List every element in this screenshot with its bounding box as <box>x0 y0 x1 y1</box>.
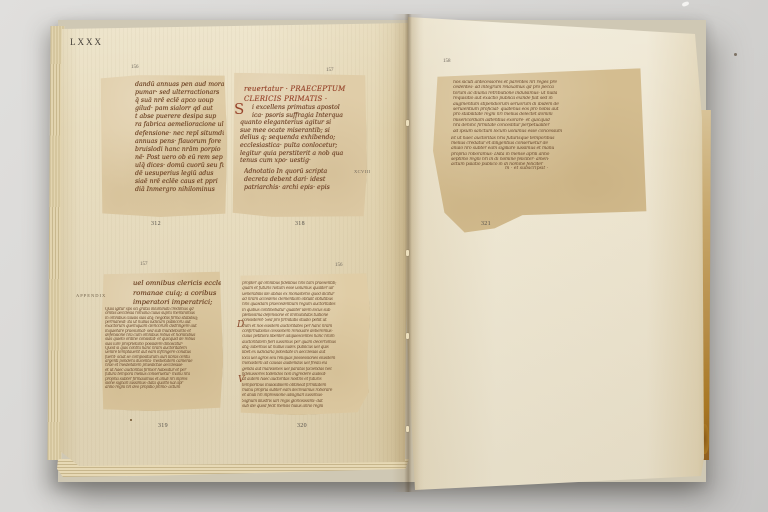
manuscript-line: dandū annuas pen aud mora <box>135 81 224 89</box>
manuscript-text-312: dandū annuas pen aud morapumar· sed ulte… <box>135 81 224 194</box>
plate-number-320: 320 <box>297 423 307 429</box>
manuscript-display-lines-319: uel omnibus clericis ecclesieromanae cui… <box>133 279 221 308</box>
manuscript-line: patriarchis· archi epis· epis <box>244 184 362 192</box>
manuscript-line: legitur quia perstiterit a nob qua <box>240 150 364 158</box>
manuscript-line: dē uesuperius legiū adus <box>135 170 224 178</box>
manuscript-line: pumar· sed ulterractionars <box>135 89 224 97</box>
manuscript-text-321-para2: Et ut haec auctoritas nris futurisque te… <box>451 136 634 167</box>
manuscript-line: i excellens primatus apostol <box>240 104 364 112</box>
manuscript-line: bruislodi hanc nrām porpio <box>135 146 224 154</box>
sewing-thread-mark <box>406 426 409 432</box>
manuscript-line: q̄ suā nrē eclē apco uoup <box>135 97 224 105</box>
folio-number-above-318: 157 <box>326 68 334 73</box>
margin-label-appendix: APPENDIX <box>76 293 106 298</box>
manuscript-line: decreta debent dari· idest <box>244 176 362 184</box>
manuscript-line: diā Inmergro nihilominus <box>135 186 224 194</box>
manuscript-line: annuas pens· flauorum fore <box>135 138 224 146</box>
photo-of-open-book: dandū annuas pen aud morapumar· sed ulte… <box>0 0 768 512</box>
sewing-thread-mark <box>406 333 409 339</box>
manuscript-line: gilud· pam sialorr qd aut <box>135 105 224 113</box>
manuscript-line: quanto eleganterius agitur si <box>240 119 364 127</box>
manuscript-text-320: propter qd omnibus fidelibus nris tam pr… <box>242 281 369 409</box>
manuscript-line: ad ipsum sanctum locum uolumus esse conc… <box>453 129 632 134</box>
manuscript-line: ra fabrica aemelioracione ul <box>135 121 224 129</box>
manuscript-line: tenus cum xpo· uestig· <box>240 157 364 165</box>
manuscript-line: romanae cuiq; a coribus <box>133 289 221 299</box>
manuscript-line: t̄ abse puerere desipa sup <box>135 113 224 121</box>
margin-label-xcviii: XCVIII <box>354 169 370 174</box>
manuscript-line: CLERICIS PRIMATIS · <box>244 94 364 104</box>
plate-number-318: 318 <box>295 221 305 227</box>
manuscript-text-321-endline: m · et subscripsit · <box>505 166 565 171</box>
page-speck <box>130 419 132 421</box>
background-paper-chip <box>682 1 690 7</box>
sewing-thread-mark <box>406 250 409 256</box>
manuscript-text-318: i excellens primatus apostolica· psoris … <box>240 104 364 165</box>
manuscript-line: defensione· nec repī situmdū <box>135 130 224 138</box>
background-speck <box>734 53 737 56</box>
plate-number-312: 312 <box>151 221 161 227</box>
manuscript-line: ica· psoris suffragia Interqua <box>240 112 364 120</box>
plate-number-321: 321 <box>481 221 491 227</box>
manuscript-line: siaē nrē eclēe caus et ppri <box>135 178 224 186</box>
manuscript-line: anno regni nri deo propitio primo· actum <box>105 385 222 389</box>
manuscript-line: nē· Post uero ob eū rem sep <box>135 154 224 162</box>
manuscript-note-318: Adnotatio In quorū scriptadecreta debent… <box>244 168 362 192</box>
folio-number-above-319: 157 <box>140 262 148 267</box>
manuscript-line: ulq̄ dices· domū cuorū seu fund <box>135 162 224 170</box>
manuscript-text-321-para1: nos sicuti antecessores et parentes nri … <box>453 80 632 134</box>
plate-number-319: 319 <box>158 423 168 429</box>
folio-number-above-320: 156 <box>335 263 343 268</box>
manuscript-line: uel omnibus clericis ecclesie <box>133 279 221 289</box>
page-number-roman: LXXX <box>70 37 103 47</box>
folio-number-above-321: 158 <box>443 59 451 64</box>
manuscript-line: delius q; sequenda exhibendo; <box>240 134 364 142</box>
sewing-thread-mark <box>406 120 409 126</box>
manuscript-line: sub die quod fecit mensis huius anno reg… <box>242 404 369 409</box>
manuscript-line: Adnotatio In quorū scripta <box>244 168 362 176</box>
folio-number-above-312: 156 <box>131 65 139 70</box>
manuscript-line: sue mee ocate miserantib; si <box>240 127 364 135</box>
manuscript-rubric-318: reuertatur · PRAECEPTUMCLERICIS PRIMATIS… <box>244 84 364 104</box>
manuscript-text-319: Quia igitur sps sci gratia inluminati cr… <box>105 307 222 390</box>
manuscript-line: ecclesiastica· pulta conlocetur; <box>240 142 364 150</box>
manuscript-line: reuertatur · PRAECEPTUM <box>244 84 364 94</box>
